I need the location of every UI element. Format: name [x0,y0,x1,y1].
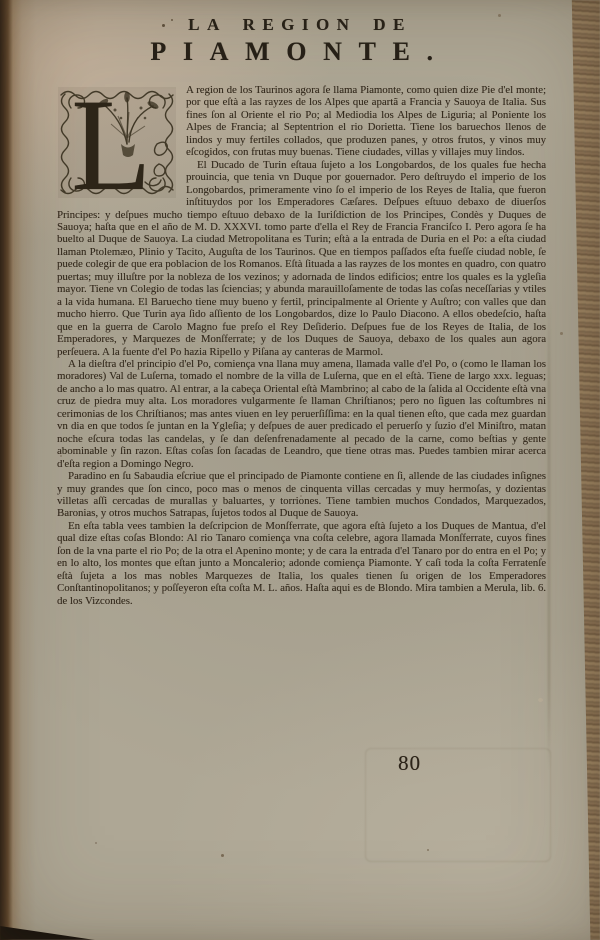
foxing-spot [221,854,224,857]
paper-fleck [538,698,543,702]
fore-edge-pages [570,0,600,940]
foxing-spot [427,849,429,851]
gutter-shadow [0,0,36,940]
plate-impression [365,748,551,862]
foxing-spot [498,14,501,17]
ink-speck [162,24,165,27]
page-title-line1: LA REGION DE [0,15,600,35]
foxing-spot [95,842,97,844]
foxing-spot [60,455,62,457]
foxing-spot [560,332,563,335]
drop-cap-woodcut: L [57,86,177,199]
body-text-block: L A region de los Taurinos agora ſe llam… [57,84,546,607]
page-title-line2: PIAMONTE. [0,37,600,67]
paper-crease [548,300,550,770]
paragraph-1: L A region de los Taurinos agora ſe llam… [57,84,546,159]
paragraph-1-text: A region de los Taurinos agora ſe llama … [186,84,546,158]
paragraph-3: A la dieſtra d'el principio d'el Po, com… [57,358,546,470]
paragraph-5: En eſta tabla vees tambien la deſcripcio… [57,520,546,607]
ink-speck [171,19,173,21]
foxing-spot [300,495,302,497]
drop-cap-ornament-icon: L [57,86,177,199]
book-photograph: LA REGION DE PIAMONTE. [0,0,600,940]
drop-cap-letter: L [71,86,152,199]
